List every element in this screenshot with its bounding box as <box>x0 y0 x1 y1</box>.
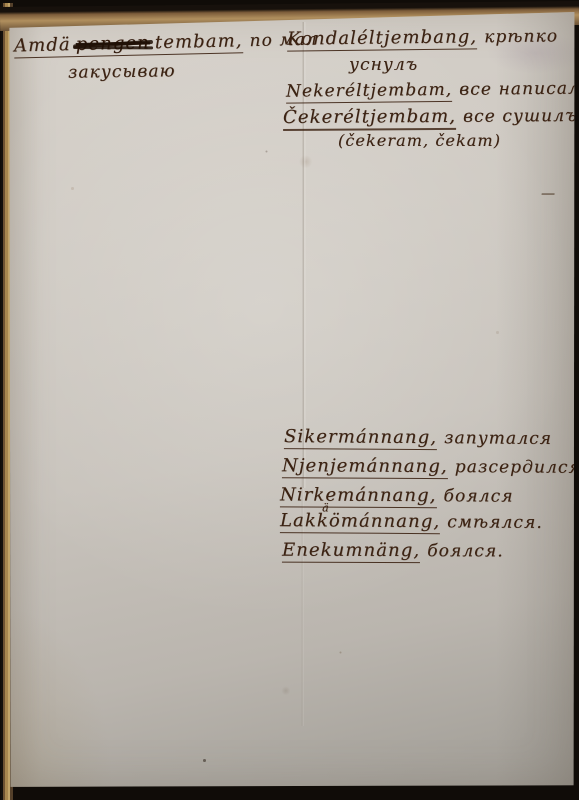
manuscript-paper: Amdäpengentembam,по мал закусываю Kondal… <box>8 10 575 788</box>
headword-amda: Amdäpengentembam, <box>14 30 243 58</box>
translation-nirkemannang: боялся <box>443 486 513 506</box>
entry-amda-line1: Amdäpengentembam,по мал <box>14 29 318 57</box>
entry-lakkomannang: Lakkömánnang,äсмѣялся. <box>280 510 543 533</box>
entry-njenjemannang: Njenjemánnang,разсердился. <box>282 455 579 478</box>
headword-nirkemannang: Nirkemánnang, <box>280 484 437 508</box>
headword-cekereltjembam: Čekeréltjembam, <box>283 106 456 131</box>
entry-cekereltjembam-variants: (čekeram, čekam) <box>338 131 501 150</box>
headword-lakkomannang-text: Lakkömánnang, <box>280 510 440 532</box>
headword-sikermannang: Sikermánnang, <box>284 426 437 450</box>
entry-amda-line2: закусываю <box>68 61 176 83</box>
entry-nekereltjembam: Nekeréltjembam,все написалъ <box>286 78 579 101</box>
headword-lakkomannang: Lakkömánnang,ä <box>280 510 440 534</box>
headword-prefix: Amdä <box>14 34 71 56</box>
headword-kondaleltjembang: Kondaléltjembang, <box>287 26 477 51</box>
entry-kondaleltjembang: Kondaléltjembang,крѣпко <box>287 25 558 49</box>
entry-nirkemannang: Nirkemánnang,боялся <box>280 484 514 506</box>
translation-njenjemannang: разсердился. <box>455 457 579 478</box>
entry-enekumnang: Enekumnäng,боялся. <box>282 540 504 562</box>
headword-enekumnang: Enekumnäng, <box>282 540 420 563</box>
superscript-a-umlaut: ä <box>322 501 329 514</box>
translation-enekumnang: боялся. <box>427 541 504 561</box>
translation-lakkomannang: смѣялся. <box>447 512 543 533</box>
manuscript-photo: Amdäpengentembam,по мал закусываю Kondal… <box>0 0 579 800</box>
translation-nekereltjembam: все написалъ <box>459 78 579 99</box>
headword-nekereltjembam: Nekeréltjembam, <box>286 80 452 104</box>
headword-rest: tembam, <box>155 30 243 53</box>
headword-njenjemannang: Njenjemánnang, <box>282 455 448 479</box>
entry-sikermannang: Sikermánnang,запутался <box>284 426 552 449</box>
entry-kondaleltjembang-cont: уснулъ <box>349 55 418 75</box>
struck-word: pengen <box>76 32 151 55</box>
translation-kondaleltjembang: крѣпко <box>484 26 558 47</box>
translation-cekereltjembam: все сушилъ <box>463 106 578 127</box>
entry-cekereltjembam: Čekeréltjembam,все сушилъ <box>283 105 578 128</box>
translation-sikermannang: запутался <box>444 428 552 449</box>
margin-mark: — <box>541 186 556 202</box>
